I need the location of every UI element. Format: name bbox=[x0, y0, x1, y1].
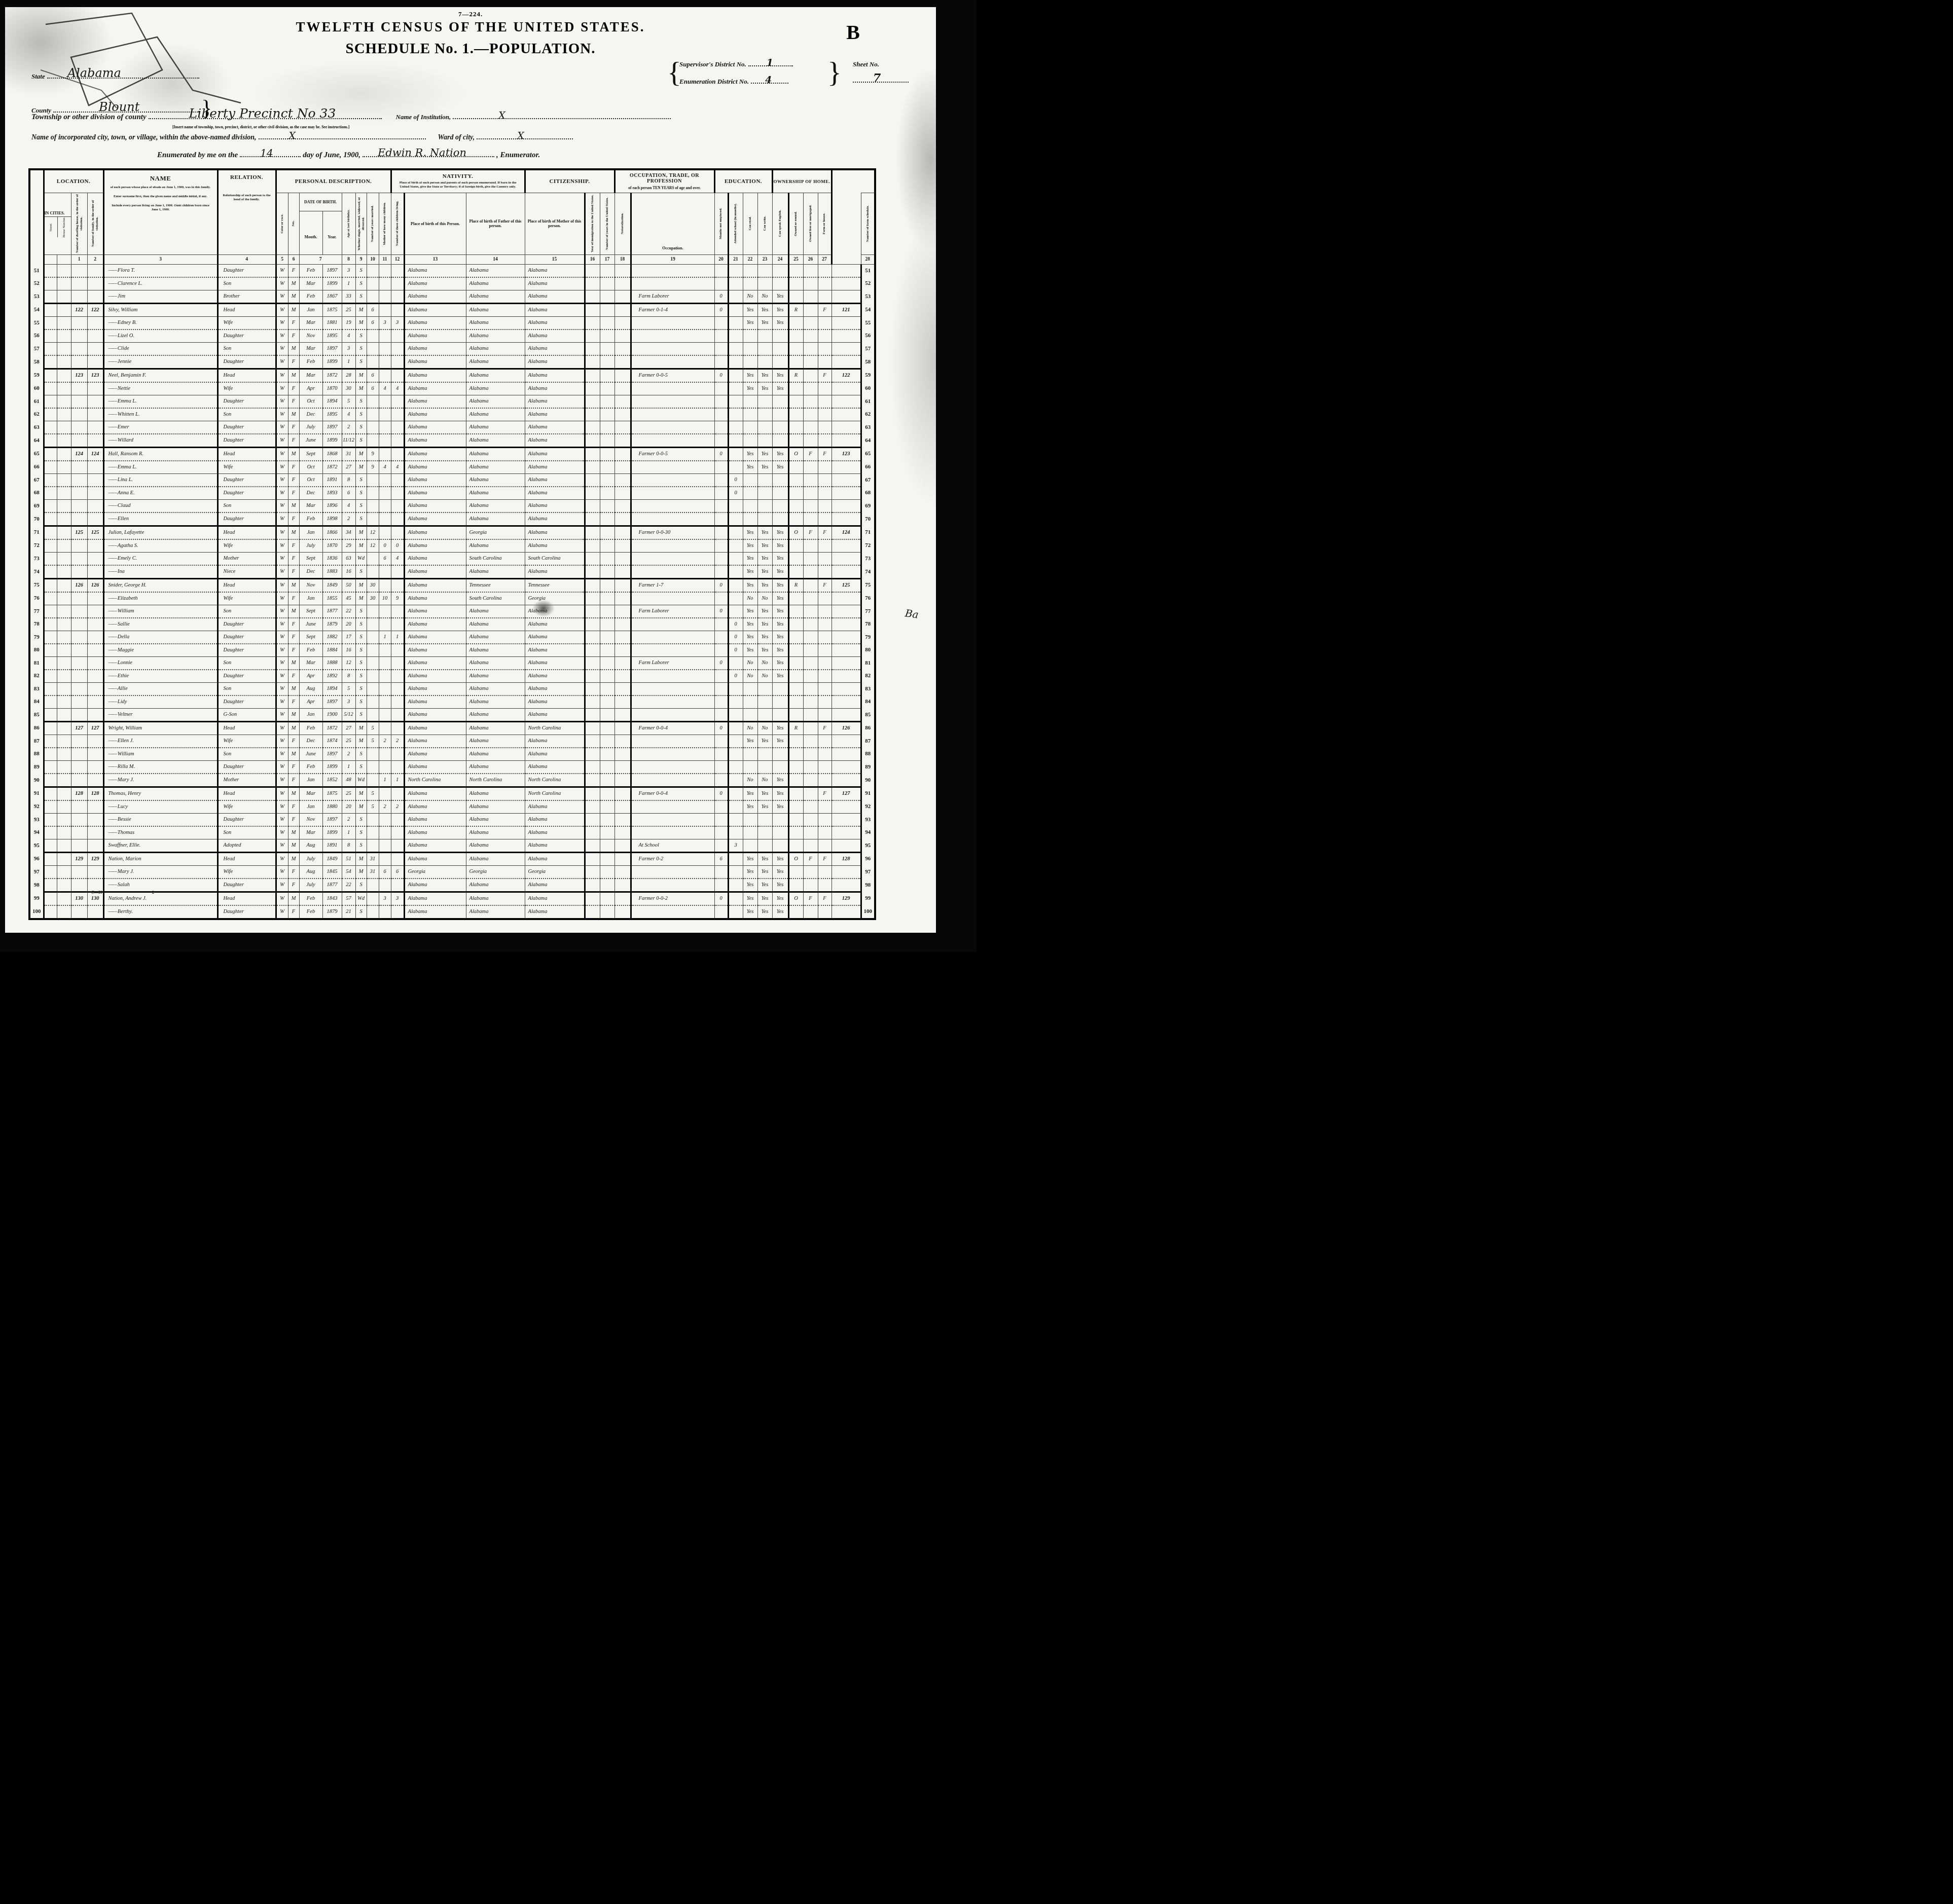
cell-fr bbox=[803, 303, 818, 316]
cell-age: 27 bbox=[342, 721, 355, 735]
cell-pb: Alabama bbox=[404, 303, 466, 316]
cell-name: Rilla M. bbox=[103, 760, 218, 774]
cell-ym: 6 bbox=[367, 303, 379, 316]
sheet-value: 7 bbox=[873, 71, 881, 85]
city-field: Name of incorporated city, town, or vill… bbox=[31, 133, 573, 142]
cell-sex: M bbox=[288, 526, 299, 539]
cell-mc bbox=[379, 526, 391, 539]
cell-cl: 1 bbox=[391, 631, 404, 644]
cell-rd bbox=[743, 473, 757, 487]
cell-ym: 30 bbox=[367, 592, 379, 605]
cell-sex: F bbox=[288, 421, 299, 434]
cell-rd: Yes bbox=[743, 878, 757, 892]
cell-sex: F bbox=[288, 735, 299, 748]
cell-fr bbox=[803, 473, 818, 487]
cell-sch bbox=[728, 264, 743, 277]
cell-pb: Alabama bbox=[404, 264, 466, 277]
cell-mar: M bbox=[355, 800, 367, 814]
cell-sex: F bbox=[288, 487, 299, 500]
cell-mne: 0 bbox=[714, 369, 728, 382]
cell-pf: Alabama bbox=[466, 290, 525, 303]
line-number: 51 bbox=[861, 264, 875, 277]
cell-mo: Jan bbox=[299, 708, 322, 721]
line-number: 98 bbox=[861, 878, 875, 892]
cell-mc bbox=[379, 303, 391, 316]
cell-sch bbox=[728, 369, 743, 382]
line-number: 72 bbox=[861, 539, 875, 553]
print-code-2: 2 bbox=[152, 890, 154, 895]
cell-fm: 126 bbox=[87, 578, 103, 592]
cell-rel: Mother bbox=[218, 774, 276, 787]
cell-fs bbox=[831, 644, 861, 657]
line-number: 97 bbox=[861, 865, 875, 878]
cell-mo: Dec bbox=[299, 487, 322, 500]
cell-pf: Alabama bbox=[466, 421, 525, 434]
cell-rel: Daughter bbox=[218, 760, 276, 774]
cell-dw bbox=[71, 512, 87, 526]
supervisor-district-field: Supervisor's District No. 1 bbox=[679, 60, 793, 69]
table-row: 60NettieWifeWFApr187030M644AlabamaAlabam… bbox=[29, 382, 875, 395]
table-row: 69ClaudSonWMMar18964SAlabamaAlabamaAlaba… bbox=[29, 499, 875, 512]
cell-rel: Daughter bbox=[218, 905, 276, 919]
cell-house bbox=[57, 434, 71, 448]
in-cities-label: IN CITIES. bbox=[45, 210, 71, 217]
cell-fm: 123 bbox=[87, 369, 103, 382]
cell-fh bbox=[818, 473, 831, 487]
cell-sch bbox=[728, 342, 743, 355]
cell-cl bbox=[391, 878, 404, 892]
cell-yus bbox=[600, 605, 614, 618]
line-number: 79 bbox=[861, 631, 875, 644]
col-header-can-speak: Can speak English. bbox=[772, 193, 788, 254]
cell-cl bbox=[391, 708, 404, 721]
cell-pb: Alabama bbox=[404, 316, 466, 329]
cell-color: W bbox=[276, 748, 288, 761]
cell-pm: Alabama bbox=[525, 892, 585, 905]
cell-occ bbox=[631, 774, 714, 787]
cell-sex: M bbox=[288, 656, 299, 670]
cell-ym bbox=[367, 878, 379, 892]
cell-rd: Yes bbox=[743, 631, 757, 644]
cell-yr: 1888 bbox=[322, 656, 342, 670]
line-number: 99 bbox=[29, 892, 44, 905]
cell-mo: Feb bbox=[299, 892, 322, 905]
col-header-occupation: Occupation. bbox=[631, 193, 714, 254]
cell-fs bbox=[831, 618, 861, 631]
cell-cl bbox=[391, 826, 404, 839]
table-row: 77WilliamSonWMSept187722SAlabamaAlabamaA… bbox=[29, 605, 875, 618]
cell-house bbox=[57, 578, 71, 592]
cell-mne bbox=[714, 826, 728, 839]
cell-street bbox=[44, 499, 57, 512]
cell-dw bbox=[71, 473, 87, 487]
cell-en bbox=[772, 708, 788, 721]
cell-sex: F bbox=[288, 760, 299, 774]
line-number: 88 bbox=[29, 748, 44, 761]
cell-fh bbox=[818, 748, 831, 761]
cell-rd: Yes bbox=[743, 369, 757, 382]
cell-own bbox=[788, 382, 803, 395]
cell-color: W bbox=[276, 905, 288, 919]
cell-fm bbox=[87, 748, 103, 761]
cell-pm: Alabama bbox=[525, 631, 585, 644]
cell-color: W bbox=[276, 395, 288, 408]
cell-nat bbox=[614, 329, 631, 343]
table-row: 57ClideSonWMMar18973SAlabamaAlabamaAlaba… bbox=[29, 342, 875, 355]
col-header-farm-schedule: Number of farm schedule. bbox=[861, 193, 875, 254]
cell-yus bbox=[600, 592, 614, 605]
cell-color: W bbox=[276, 670, 288, 683]
cell-own: O bbox=[788, 852, 803, 865]
cell-own: R bbox=[788, 721, 803, 735]
cell-mo: Dec bbox=[299, 408, 322, 421]
cell-yr: 1891 bbox=[322, 473, 342, 487]
cell-rd bbox=[743, 342, 757, 355]
cell-occ bbox=[631, 748, 714, 761]
cell-street bbox=[44, 487, 57, 500]
line-number: 70 bbox=[29, 512, 44, 526]
cell-house bbox=[57, 342, 71, 355]
cell-fs: 125 bbox=[831, 578, 861, 592]
cell-pf: Georgia bbox=[466, 865, 525, 878]
cell-fr bbox=[803, 578, 818, 592]
col-header-month: Month. bbox=[299, 211, 322, 254]
cell-yr: 1877 bbox=[322, 878, 342, 892]
cell-imm bbox=[585, 329, 600, 343]
city-label: Name of incorporated city, town, or vill… bbox=[31, 134, 257, 141]
cell-color: W bbox=[276, 813, 288, 826]
cell-own bbox=[788, 695, 803, 709]
cell-fr bbox=[803, 369, 818, 382]
cell-en bbox=[772, 329, 788, 343]
cell-mne bbox=[714, 644, 728, 657]
cell-mc bbox=[379, 878, 391, 892]
cell-occ bbox=[631, 800, 714, 814]
cell-sch bbox=[728, 708, 743, 721]
cell-imm bbox=[585, 303, 600, 316]
cell-cl bbox=[391, 290, 404, 303]
cell-en bbox=[772, 434, 788, 448]
cell-occ: Farmer 0-0-5 bbox=[631, 447, 714, 461]
cell-sex: F bbox=[288, 434, 299, 448]
cell-nat bbox=[614, 878, 631, 892]
cell-wr: Yes bbox=[757, 631, 772, 644]
cell-fs bbox=[831, 382, 861, 395]
cell-mo: June bbox=[299, 618, 322, 631]
cell-cl bbox=[391, 656, 404, 670]
cell-wr bbox=[757, 473, 772, 487]
cell-sch bbox=[728, 892, 743, 905]
cell-mc bbox=[379, 395, 391, 408]
cell-en: Yes bbox=[772, 721, 788, 735]
cell-dw bbox=[71, 592, 87, 605]
cell-rel: Head bbox=[218, 852, 276, 865]
line-number: 85 bbox=[29, 708, 44, 721]
cell-street bbox=[44, 605, 57, 618]
cell-rd: No bbox=[743, 721, 757, 735]
cell-en bbox=[772, 695, 788, 709]
cell-rd bbox=[743, 760, 757, 774]
cell-fr bbox=[803, 329, 818, 343]
cell-wr: No bbox=[757, 592, 772, 605]
table-row: 62Whitten L.SonWMDec18954SAlabamaAlabama… bbox=[29, 408, 875, 421]
cell-sex: M bbox=[288, 277, 299, 290]
cell-own bbox=[788, 618, 803, 631]
line-number: 75 bbox=[861, 578, 875, 592]
cell-house bbox=[57, 800, 71, 814]
cell-mc bbox=[379, 721, 391, 735]
cell-age: 12 bbox=[342, 656, 355, 670]
line-number: 89 bbox=[861, 760, 875, 774]
cell-name: Allie bbox=[103, 682, 218, 695]
cell-mne bbox=[714, 670, 728, 683]
township-note: [Insert name of township, town, precinct… bbox=[172, 125, 349, 129]
cell-pf: Georgia bbox=[466, 526, 525, 539]
line-number: 66 bbox=[29, 461, 44, 474]
cell-fs bbox=[831, 826, 861, 839]
cell-own bbox=[788, 682, 803, 695]
cell-street bbox=[44, 316, 57, 329]
cell-house bbox=[57, 760, 71, 774]
cell-name: Lizel O. bbox=[103, 329, 218, 343]
line-number: 59 bbox=[861, 369, 875, 382]
cell-yus bbox=[600, 656, 614, 670]
cell-pm: Alabama bbox=[525, 447, 585, 461]
cell-occ bbox=[631, 865, 714, 878]
cell-fr bbox=[803, 865, 818, 878]
cell-dw: 128 bbox=[71, 787, 87, 800]
cell-fh bbox=[818, 774, 831, 787]
cell-imm bbox=[585, 512, 600, 526]
cell-street bbox=[44, 813, 57, 826]
cell-imm bbox=[585, 487, 600, 500]
cell-pb: Alabama bbox=[404, 382, 466, 395]
cell-fh bbox=[818, 605, 831, 618]
cell-nat bbox=[614, 461, 631, 474]
cell-nat bbox=[614, 487, 631, 500]
cell-house bbox=[57, 878, 71, 892]
cell-age: 5 bbox=[342, 395, 355, 408]
cell-sex: F bbox=[288, 905, 299, 919]
cell-yr: 1899 bbox=[322, 277, 342, 290]
cell-fm: 122 bbox=[87, 303, 103, 316]
cell-ym bbox=[367, 656, 379, 670]
cell-mo: Feb bbox=[299, 264, 322, 277]
cell-yr: 1897 bbox=[322, 695, 342, 709]
cell-sch bbox=[728, 592, 743, 605]
line-number: 85 bbox=[861, 708, 875, 721]
cell-en: Yes bbox=[772, 644, 788, 657]
cell-street bbox=[44, 735, 57, 748]
cell-ym: 5 bbox=[367, 721, 379, 735]
line-number: 54 bbox=[861, 303, 875, 316]
cell-fh bbox=[818, 760, 831, 774]
cell-ym bbox=[367, 670, 379, 683]
cell-nat bbox=[614, 447, 631, 461]
cell-mo: Mar bbox=[299, 499, 322, 512]
cell-name: Emer bbox=[103, 421, 218, 434]
cell-nat bbox=[614, 316, 631, 329]
cell-rel: Son bbox=[218, 682, 276, 695]
cell-mo: Jan bbox=[299, 526, 322, 539]
cell-pb: Alabama bbox=[404, 787, 466, 800]
cell-own bbox=[788, 342, 803, 355]
cell-age: 34 bbox=[342, 526, 355, 539]
cell-name: Edney B. bbox=[103, 316, 218, 329]
col-header-months-not-employed: Months not employed. bbox=[714, 193, 728, 254]
cell-sch bbox=[728, 878, 743, 892]
cell-ym: 31 bbox=[367, 852, 379, 865]
col-header-can-write: Can write. bbox=[757, 193, 772, 254]
cell-rd bbox=[743, 329, 757, 343]
line-number: 68 bbox=[861, 487, 875, 500]
cell-cl bbox=[391, 512, 404, 526]
cell-nat bbox=[614, 395, 631, 408]
cell-wr: Yes bbox=[757, 892, 772, 905]
cell-mo: June bbox=[299, 748, 322, 761]
cell-wr bbox=[757, 329, 772, 343]
cell-rd bbox=[743, 826, 757, 839]
cell-mne bbox=[714, 618, 728, 631]
cell-en: Yes bbox=[772, 461, 788, 474]
cell-en: Yes bbox=[772, 539, 788, 553]
cell-mc: 1 bbox=[379, 774, 391, 787]
cell-street bbox=[44, 552, 57, 565]
cell-sch bbox=[728, 355, 743, 369]
cell-dw bbox=[71, 735, 87, 748]
cell-pm: Georgia bbox=[525, 865, 585, 878]
cell-mc bbox=[379, 760, 391, 774]
cell-imm bbox=[585, 395, 600, 408]
cell-cl bbox=[391, 499, 404, 512]
line-number: 67 bbox=[861, 473, 875, 487]
cell-yr: 1843 bbox=[322, 892, 342, 905]
cell-fm bbox=[87, 539, 103, 553]
cell-ym bbox=[367, 774, 379, 787]
cell-dw bbox=[71, 878, 87, 892]
cell-pf: Alabama bbox=[466, 839, 525, 852]
cell-house bbox=[57, 670, 71, 683]
cell-mo: Jan bbox=[299, 592, 322, 605]
schedule-title: SCHEDULE No. 1.—POPULATION. bbox=[5, 41, 936, 57]
cell-fm bbox=[87, 735, 103, 748]
cell-rel: Daughter bbox=[218, 695, 276, 709]
table-row: 78SallieDaughterWFJune187920SAlabamaAlab… bbox=[29, 618, 875, 631]
cell-mc bbox=[379, 670, 391, 683]
cell-fr bbox=[803, 735, 818, 748]
cell-age: 1 bbox=[342, 277, 355, 290]
cell-sch: 0 bbox=[728, 644, 743, 657]
cell-house bbox=[57, 892, 71, 905]
line-number: 61 bbox=[29, 395, 44, 408]
cell-en bbox=[772, 395, 788, 408]
cell-rd: Yes bbox=[743, 526, 757, 539]
cell-age: 33 bbox=[342, 290, 355, 303]
cell-cl bbox=[391, 487, 404, 500]
table-row: 94ThomasSonWMMar18991SAlabamaAlabamaAlab… bbox=[29, 826, 875, 839]
cell-mo: July bbox=[299, 421, 322, 434]
cell-yus bbox=[600, 905, 614, 919]
name-title: NAME bbox=[104, 174, 217, 182]
cell-age: 19 bbox=[342, 316, 355, 329]
cell-fr bbox=[803, 264, 818, 277]
line-number: 94 bbox=[861, 826, 875, 839]
cell-fs bbox=[831, 329, 861, 343]
cell-wr bbox=[757, 839, 772, 852]
name-sub3: Include every person living on June 1, 1… bbox=[110, 204, 212, 212]
cell-sex: M bbox=[288, 369, 299, 382]
cell-mar: M bbox=[355, 369, 367, 382]
cell-en bbox=[772, 355, 788, 369]
cell-wr bbox=[757, 342, 772, 355]
cell-color: W bbox=[276, 852, 288, 865]
cell-fm bbox=[87, 408, 103, 421]
cell-name: Mary J. bbox=[103, 865, 218, 878]
cell-color: W bbox=[276, 787, 288, 800]
cell-dw: 124 bbox=[71, 447, 87, 461]
cell-fs: 128 bbox=[831, 852, 861, 865]
cell-rd bbox=[743, 839, 757, 852]
cell-occ bbox=[631, 277, 714, 290]
cell-name: Whitten L. bbox=[103, 408, 218, 421]
cell-pf: Alabama bbox=[466, 708, 525, 721]
cell-sex: F bbox=[288, 329, 299, 343]
cell-yr: 1849 bbox=[322, 578, 342, 592]
line-number: 62 bbox=[861, 408, 875, 421]
cell-fr bbox=[803, 695, 818, 709]
cell-nat bbox=[614, 342, 631, 355]
cell-sex: M bbox=[288, 708, 299, 721]
cell-mc bbox=[379, 408, 391, 421]
cell-dw bbox=[71, 748, 87, 761]
cell-name: William bbox=[103, 605, 218, 618]
table-row: 100Berthy.DaughterWFFeb187921SAlabamaAla… bbox=[29, 905, 875, 919]
cell-occ bbox=[631, 592, 714, 605]
cell-yus bbox=[600, 526, 614, 539]
cell-yr: 1891 bbox=[322, 839, 342, 852]
cell-pf: Alabama bbox=[466, 813, 525, 826]
cell-pf: Alabama bbox=[466, 605, 525, 618]
cell-sex: F bbox=[288, 813, 299, 826]
line-number: 52 bbox=[861, 277, 875, 290]
cell-imm bbox=[585, 264, 600, 277]
cell-pf: Alabama bbox=[466, 826, 525, 839]
cell-yus bbox=[600, 813, 614, 826]
table-row: 93BessieDaughterWFNov18972SAlabamaAlabam… bbox=[29, 813, 875, 826]
table-row: 53JimBrotherWMFeb186733SAlabamaAlabamaAl… bbox=[29, 290, 875, 303]
cell-house bbox=[57, 644, 71, 657]
cell-sch: 0 bbox=[728, 631, 743, 644]
cell-imm bbox=[585, 526, 600, 539]
cell-mne bbox=[714, 408, 728, 421]
cell-pm: South Carolina bbox=[525, 552, 585, 565]
cell-mne bbox=[714, 342, 728, 355]
cell-fh bbox=[818, 512, 831, 526]
cell-own bbox=[788, 499, 803, 512]
cell-rd bbox=[743, 682, 757, 695]
cell-wr: Yes bbox=[757, 618, 772, 631]
line-number: 65 bbox=[861, 447, 875, 461]
cell-yus bbox=[600, 277, 614, 290]
cell-pf: Alabama bbox=[466, 303, 525, 316]
cell-en: Yes bbox=[772, 382, 788, 395]
cell-color: W bbox=[276, 565, 288, 579]
in-cities-block: IN CITIES. Street. House Number. bbox=[44, 193, 71, 254]
cell-color: W bbox=[276, 421, 288, 434]
cell-pb: Alabama bbox=[404, 760, 466, 774]
cell-nat bbox=[614, 774, 631, 787]
cell-mne bbox=[714, 760, 728, 774]
